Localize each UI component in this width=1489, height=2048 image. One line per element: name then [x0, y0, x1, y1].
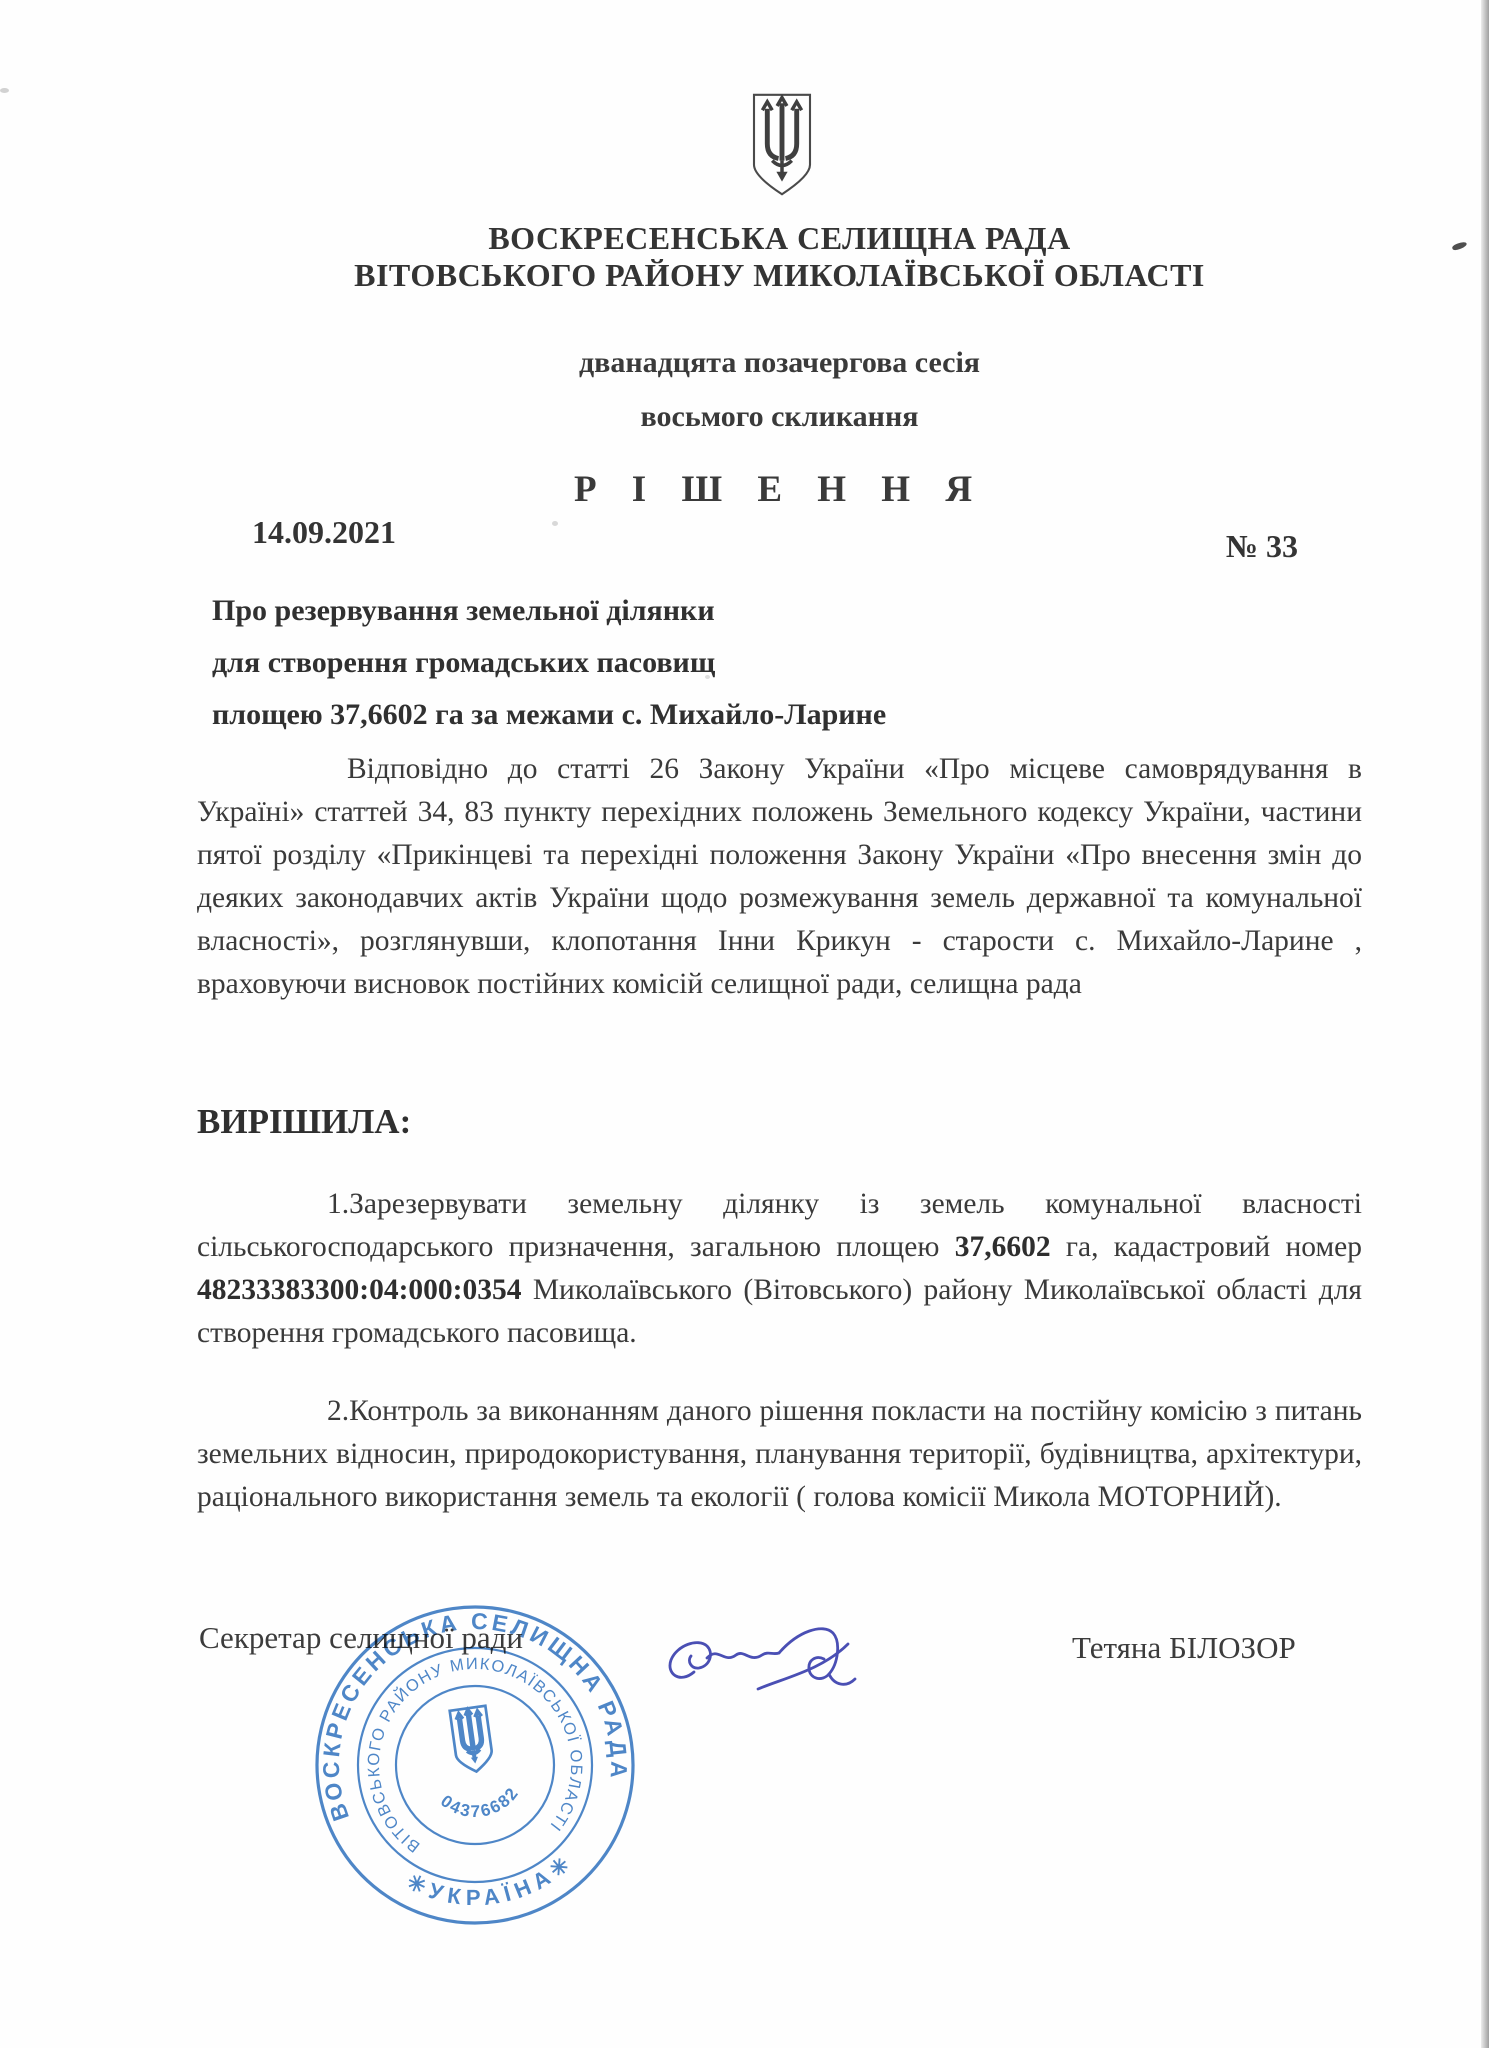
- handwritten-signature-ink: [660, 1612, 875, 1730]
- resolution-point-1: 1.Зарезервувати земельну ділянку із земе…: [197, 1183, 1362, 1355]
- org-name-line1: ВОСКРЕСЕНСЬКА СЕЛИЩНА РАДА: [197, 220, 1362, 257]
- preamble-paragraph: Відповідно до статті 26 Закону України «…: [197, 748, 1362, 1006]
- scan-speck: [552, 521, 558, 526]
- point1-cadastral-number: 48233383300:04:000:0354: [197, 1274, 521, 1306]
- session-line2: восьмого скликання: [197, 390, 1362, 444]
- subject-line1: Про резервування земельної ділянки: [212, 585, 1112, 637]
- document-number: № 33: [1226, 528, 1298, 565]
- svg-text:✳УКРАЇНА✳: ✳УКРАЇНА✳: [400, 1846, 583, 1921]
- point1-text-2: га, кадастровий номер: [1051, 1231, 1362, 1263]
- scan-edge-shadow: [1481, 0, 1489, 2048]
- scan-artifact-mark: [1451, 240, 1467, 251]
- session-line1: дванадцята позачергова сесія: [197, 336, 1362, 390]
- resolution-point-2: 2.Контроль за виконанням даного рішення …: [197, 1390, 1362, 1519]
- stamp-trident-icon: [450, 1706, 495, 1774]
- stamp-outer-bottom-text: ✳УКРАЇНА✳: [400, 1846, 583, 1921]
- document-type-title: Р І Ш Е Н Н Я: [197, 468, 1362, 511]
- subject-line3: площею 37,6602 га за межами с. Михайло-Л…: [212, 689, 1112, 741]
- org-name-block: ВОСКРЕСЕНСЬКА СЕЛИЩНА РАДА ВІТОВСЬКОГО Р…: [197, 220, 1362, 294]
- document-date: 14.09.2021: [252, 514, 396, 551]
- subject-line2: для створення громадських пасовищ: [212, 637, 1112, 689]
- scan-artifact-left: [0, 88, 9, 93]
- round-official-seal-icon: ВОСКРЕСЕНСЬКА СЕЛИЩНА РАДА ✳УКРАЇНА✳ ВІТ…: [310, 1600, 640, 1930]
- subject-block: Про резервування земельної ділянки для с…: [212, 585, 1112, 741]
- document-page: ВОСКРЕСЕНСЬКА СЕЛИЩНА РАДА ВІТОВСЬКОГО Р…: [0, 0, 1489, 2048]
- signature-name: Тетяна БІЛОЗОР: [1072, 1630, 1296, 1666]
- stamp-outer-top-text: ВОСКРЕСЕНСЬКА СЕЛИЩНА РАДА: [310, 1600, 636, 1825]
- scan-speck: [705, 675, 710, 679]
- svg-text:ВОСКРЕСЕНСЬКА СЕЛИЩНА РАДА: ВОСКРЕСЕНСЬКА СЕЛИЩНА РАДА: [310, 1600, 636, 1825]
- point1-area-value: 37,6602: [955, 1231, 1051, 1263]
- org-name-line2: ВІТОВСЬКОГО РАЙОНУ МИКОЛАЇВСЬКОЇ ОБЛАСТІ: [197, 257, 1362, 294]
- resolved-heading: ВИРІШИЛА:: [197, 1102, 411, 1142]
- session-block: дванадцята позачергова сесія восьмого ск…: [197, 336, 1362, 444]
